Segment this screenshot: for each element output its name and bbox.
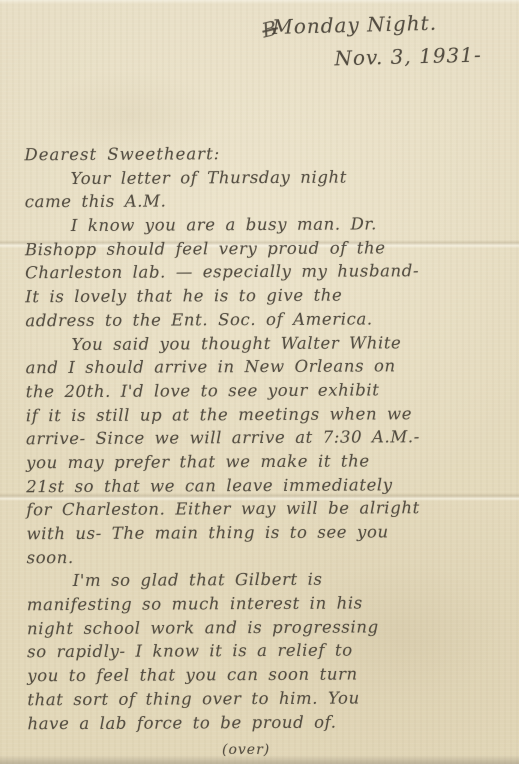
letter-line: that sort of thing over to him. You — [27, 686, 497, 712]
letter-line: 21st so that we can leave immediately — [26, 472, 496, 498]
letter-line: have a lab force to be proud of. — [27, 709, 497, 735]
letter-line: Your letter of Thursday night — [25, 164, 495, 190]
letter-line: arrive- Since we will arrive at 7:30 A.M… — [26, 425, 496, 451]
date-block: BMonday Night. Nov. 3, 1931- — [261, 9, 512, 73]
letter-line: It is lovely that he is to give the — [25, 283, 495, 309]
letter-line: soon. — [27, 543, 497, 569]
letter-line: I know you are a busy man. Dr. — [25, 212, 495, 238]
letter-line: so rapidly- I know it is a relief to — [27, 638, 497, 664]
letter-line: I'm so glad that Gilbert is — [27, 567, 497, 593]
letter-line: you may prefer that we make it the — [26, 449, 496, 475]
over-note: (over) — [222, 742, 270, 758]
paper-top-edge — [0, 0, 519, 4]
date-weekday-text: Monday Night. — [272, 11, 437, 39]
letter-body: Dearest Sweetheart: Your letter of Thurs… — [24, 141, 497, 736]
letter-line: address to the Ent. Soc. of America. — [25, 307, 495, 333]
letter-line: Bishopp should feel very proud of the — [25, 236, 495, 262]
letter-line: night school work and is progressing — [27, 615, 497, 641]
letter-line: with us- The main thing is to see you — [26, 520, 496, 546]
letter-line: and I should arrive in New Orleans on — [26, 354, 496, 380]
date-line-weekday: BMonday Night. — [261, 9, 512, 40]
letter-line: came this A.M. — [25, 188, 495, 214]
letter-line: manifesting so much interest in his — [27, 591, 497, 617]
letter-line: You said you thought Walter White — [25, 330, 495, 356]
salutation: Dearest Sweetheart: — [24, 141, 494, 167]
letter-line: for Charleston. Either way will be alrig… — [26, 496, 496, 522]
letter-line: you to feel that you can soon turn — [27, 662, 497, 688]
letter-line: the 20th. I'd love to see your exhibit — [26, 378, 496, 404]
letter-line: Charleston lab. — especially my husband- — [25, 259, 495, 285]
letter-line: if it is still up at the meetings when w… — [26, 401, 496, 427]
